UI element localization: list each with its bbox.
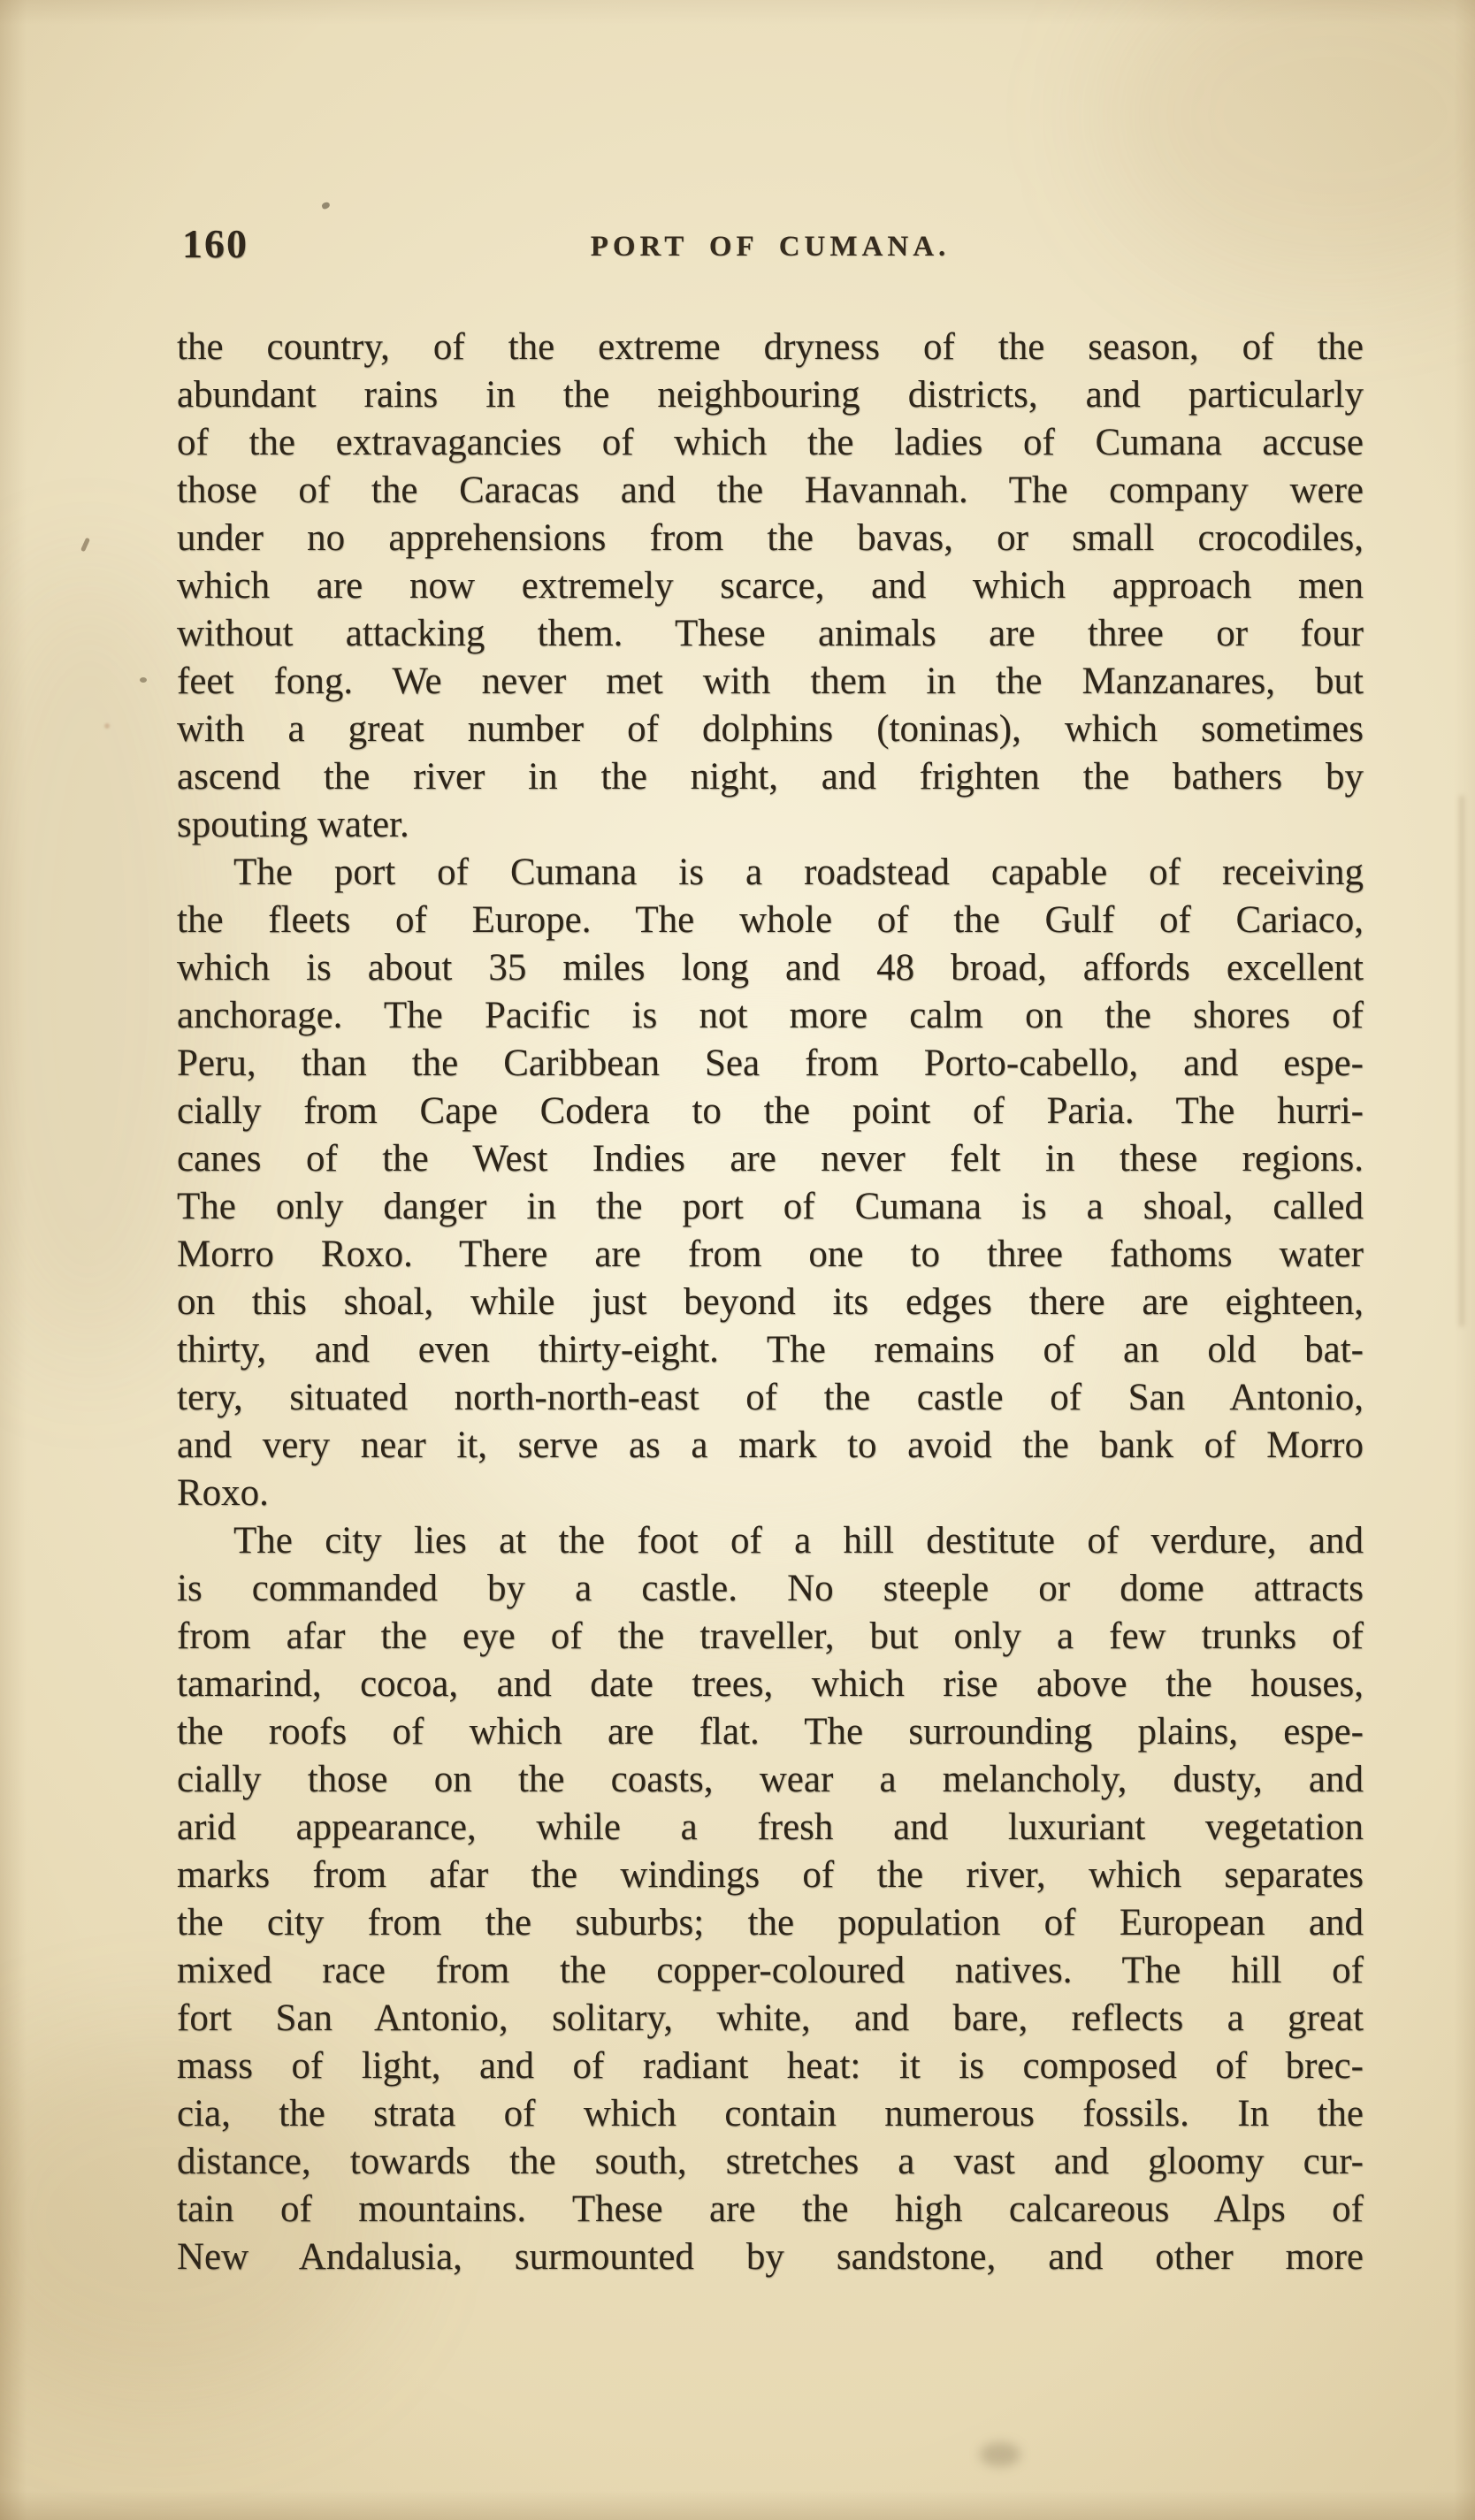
text-line: The only danger in the port of Cumana is… <box>177 1183 1364 1231</box>
text-line: fort San Antonio, solitary, white, and b… <box>177 1995 1364 2043</box>
text-line: of the extravagancies of which the ladie… <box>177 419 1364 467</box>
text-line: the roofs of which are flat. The surroun… <box>177 1708 1364 1756</box>
text-line: marks from afar the windings of the rive… <box>177 1852 1364 1899</box>
text-line: New Andalusia, surmounted by sandstone, … <box>177 2234 1364 2281</box>
text-line: with a great number of dolphins (toninas… <box>177 706 1364 753</box>
text-line: ascend the river in the night, and frigh… <box>177 753 1364 801</box>
text-line: mixed race from the copper-coloured nati… <box>177 1947 1364 1995</box>
text-line: which is about 35 miles long and 48 broa… <box>177 944 1364 992</box>
body-text: the country, of the extreme dryness of t… <box>177 324 1364 2281</box>
text-line: arid appearance, while a fresh and luxur… <box>177 1804 1364 1852</box>
text-line: cially those on the coasts, wear a melan… <box>177 1756 1364 1804</box>
text-line: thirty, and even thirty-eight. The remai… <box>177 1326 1364 1374</box>
scan-smudge <box>980 2442 1020 2467</box>
paragraph: The city lies at the foot of a hill dest… <box>177 1517 1364 2281</box>
ink-speck <box>140 677 147 683</box>
ink-speck <box>321 202 331 210</box>
ink-speck <box>80 538 90 553</box>
paragraph: The port of Cumana is a roadstead capabl… <box>177 849 1364 1517</box>
text-line: tain of mountains. These are the high ca… <box>177 2186 1364 2234</box>
text-line: spouting water. <box>177 801 1364 849</box>
text-line: from afar the eye of the traveller, but … <box>177 1613 1364 1661</box>
text-line: canes of the West Indies are never felt … <box>177 1135 1364 1183</box>
text-line: which are now extremely scarce, and whic… <box>177 562 1364 610</box>
text-line: Peru, than the Caribbean Sea from Porto-… <box>177 1040 1364 1088</box>
text-line: feet fong. We never met with them in the… <box>177 658 1364 706</box>
text-line: tamarind, cocoa, and date trees, which r… <box>177 1661 1364 1708</box>
text-line: The port of Cumana is a roadstead capabl… <box>177 849 1364 897</box>
text-line: mass of light, and of radiant heat: it i… <box>177 2043 1364 2090</box>
text-line: and very near it, serve as a mark to avo… <box>177 1422 1364 1470</box>
text-line: abundant rains in the neighbouring distr… <box>177 371 1364 419</box>
page-edge-shadow <box>1459 796 1464 1326</box>
text-line: cia, the strata of which contain numerou… <box>177 2090 1364 2138</box>
text-line: The city lies at the foot of a hill dest… <box>177 1517 1364 1565</box>
text-line: on this shoal, while just beyond its edg… <box>177 1279 1364 1326</box>
text-line: the fleets of Europe. The whole of the G… <box>177 897 1364 944</box>
text-line: tery, situated north-north-east of the c… <box>177 1374 1364 1422</box>
text-line: those of the Caracas and the Havannah. T… <box>177 467 1364 515</box>
text-line: without attacking them. These animals ar… <box>177 610 1364 658</box>
text-line: distance, towards the south, stretches a… <box>177 2138 1364 2186</box>
text-line: is commanded by a castle. No steeple or … <box>177 1565 1364 1613</box>
text-line: under no apprehensions from the bavas, o… <box>177 515 1364 562</box>
text-line: Roxo. <box>177 1470 1364 1517</box>
text-line: the city from the suburbs; the populatio… <box>177 1899 1364 1947</box>
text-line: anchorage. The Pacific is not more calm … <box>177 992 1364 1040</box>
ink-speck <box>104 723 110 729</box>
text-line: the country, of the extreme dryness of t… <box>177 324 1364 371</box>
text-line: cially from Cape Codera to the point of … <box>177 1088 1364 1135</box>
scanned-book-page: { "document": { "page_number": "160", "r… <box>0 0 1475 2520</box>
paragraph: the country, of the extreme dryness of t… <box>177 324 1364 849</box>
text-line: Morro Roxo. There are from one to three … <box>177 1231 1364 1279</box>
running-header: PORT OF CUMANA. <box>177 231 1364 263</box>
